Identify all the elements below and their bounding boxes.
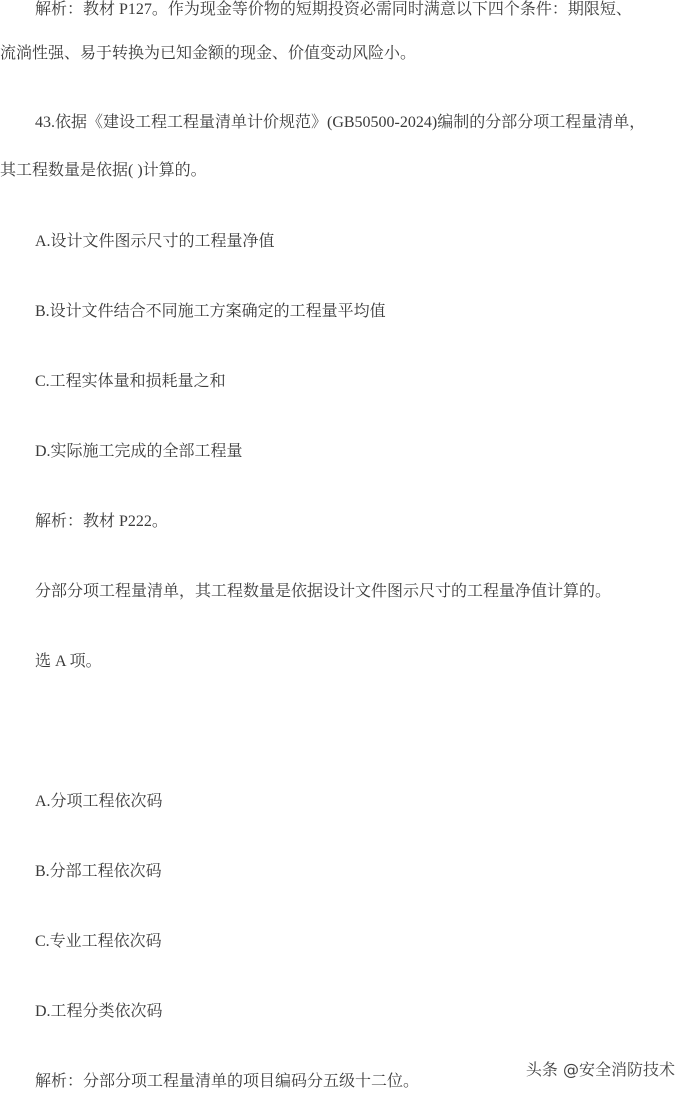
question-43-stem-line-2: 其工程数量是依据( )计算的。 bbox=[0, 161, 207, 181]
question-43-analysis-body: 分部分项工程量清单，其工程数量是依据设计文件图示尺寸的工程量净值计算的。 bbox=[35, 582, 611, 602]
question-43-option-a: A.设计文件图示尺寸的工程量净值 bbox=[35, 232, 275, 252]
question-44-option-b: B.分部工程依次码 bbox=[35, 862, 162, 882]
question-44-analysis: 解析：分部分项工程量清单的项目编码分五级十二位。 bbox=[35, 1072, 419, 1092]
prev-analysis-line-1: 解析：教材 P127。作为现金等价物的短期投资必需同时满意以下四个条件：期限短、 bbox=[35, 0, 632, 20]
question-43-answer: 选 A 项。 bbox=[35, 652, 102, 672]
question-43-option-d: D.实际施工完成的全部工程量 bbox=[35, 442, 243, 462]
question-44-option-d: D.工程分类依次码 bbox=[35, 1002, 163, 1022]
prev-analysis-line-2: 流淌性强、易于转换为已知金额的现金、价值变动风险小。 bbox=[0, 44, 416, 64]
question-43-option-c: C.工程实体量和损耗量之和 bbox=[35, 372, 226, 392]
question-44-option-a: A.分项工程依次码 bbox=[35, 792, 163, 812]
question-43-analysis-ref: 解析：教材 P222。 bbox=[35, 512, 168, 532]
question-43-stem-line-1: 43.依据《建设工程工程量清单计价规范》(GB50500-2024)编制的分部分… bbox=[35, 113, 645, 133]
question-44-option-c: C.专业工程依次码 bbox=[35, 932, 162, 952]
watermark: 头条 @安全消防技术 bbox=[526, 1057, 675, 1080]
question-43-option-b: B.设计文件结合不同施工方案确定的工程量平均值 bbox=[35, 302, 386, 322]
